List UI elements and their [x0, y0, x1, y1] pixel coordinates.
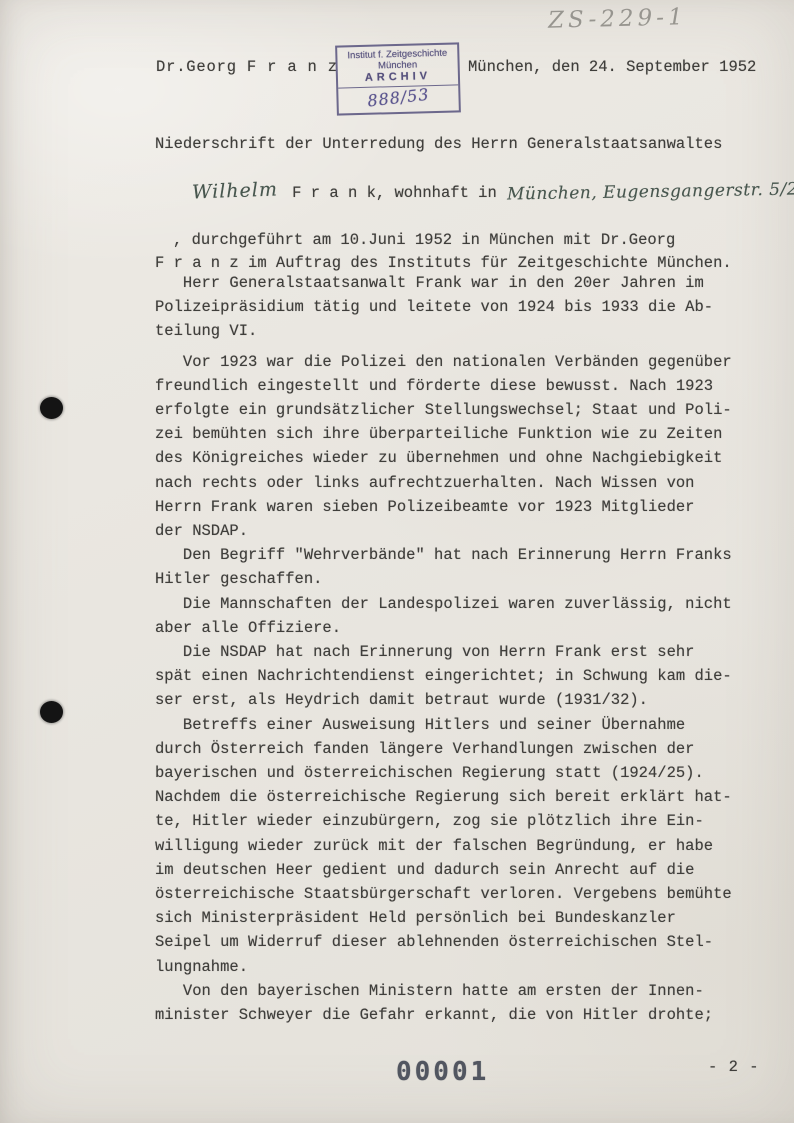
body-line: österreichische Staatsbürgerschaft verlo… [155, 882, 755, 906]
body-line: teilung VI. [155, 319, 755, 343]
paragraph: Die NSDAP hat nach Erinnerung von Herrn … [155, 640, 755, 713]
paragraph: Den Begriff "Wehrverbände" hat nach Erin… [155, 543, 755, 591]
paragraph: Von den bayerischen Ministern hatte am e… [155, 979, 755, 1027]
dateline: München, den 24. September 1952 [468, 55, 756, 79]
body-line: im deutschen Heer gedient und dadurch se… [155, 858, 755, 882]
body-line: zei bemühten sich ihre überparteiliche F… [155, 422, 755, 446]
body-line: spät einen Nachrichtendienst eingerichte… [155, 664, 755, 688]
title-block: Niederschrift der Unterredung des Herrn … [155, 133, 794, 275]
archive-number-handwritten: ZS-229-1 [548, 4, 687, 34]
body-line: nach rechts oder links aufrechtzuerhalte… [155, 471, 755, 495]
body-line: Betreffs einer Ausweisung Hitlers und se… [155, 713, 755, 737]
body-line: te, Hitler wieder einzubürgern, zog sie … [155, 809, 755, 833]
body-line: freundlich eingestellt und förderte dies… [155, 374, 755, 398]
title-line-1: Niederschrift der Unterredung des Herrn … [155, 133, 794, 156]
body-line: Die Mannschaften der Landespolizei waren… [155, 592, 755, 616]
body-line: lungnahme. [155, 955, 755, 979]
body-line: sich Ministerpräsident Held persönlich b… [155, 906, 755, 930]
paragraph: Die Mannschaften der Landespolizei waren… [155, 592, 755, 640]
title-line-3: , durchgeführt am 10.Juni 1952 in Münche… [155, 229, 794, 252]
body-line: Die NSDAP hat nach Erinnerung von Herrn … [155, 640, 755, 664]
page-number: - 2 - [708, 1058, 760, 1076]
body-line: Hitler geschaffen. [155, 567, 755, 591]
document-body: Herr Generalstaatsanwalt Frank war in de… [155, 271, 755, 1027]
body-line: willigung wieder zurück mit der falschen… [155, 834, 755, 858]
body-line: minister Schweyer die Gefahr erkannt, di… [155, 1003, 755, 1027]
body-line: aber alle Offiziere. [155, 616, 755, 640]
body-line: Von den bayerischen Ministern hatte am e… [155, 979, 755, 1003]
body-line: Nachdem die österreichische Regierung si… [155, 785, 755, 809]
body-line: Den Begriff "Wehrverbände" hat nach Erin… [155, 543, 755, 567]
punch-hole-bottom [40, 701, 63, 723]
body-line: der NSDAP. [155, 519, 755, 543]
handwritten-first-name: Wilhelm [192, 178, 279, 204]
body-line: Herrn Frank waren sieben Polizeibeamte v… [155, 495, 755, 519]
body-line: ser erst, als Heydrich damit betraut wur… [155, 688, 755, 712]
body-line: Polizeipräsidium tätig und leitete von 1… [155, 295, 755, 319]
scanned-document-page: { "page": { "archive_number": "ZS-229-1"… [0, 0, 794, 1123]
title-line-2: WilhelmF r a n k, wohnhaft inMünchen, Eu… [155, 156, 794, 228]
handwritten-address: München, Eugensgangerstr. 5/2 [507, 178, 794, 206]
title-line-2-typed: F r a n k, wohnhaft in [292, 184, 497, 202]
body-line: bayerischen und österreichischen Regieru… [155, 761, 755, 785]
author-name: Dr.Georg F r a n z [156, 55, 338, 79]
archive-stamp: Institut f. Zeitgeschichte München ARCHI… [335, 42, 461, 115]
paragraph: Herr Generalstaatsanwalt Frank war in de… [155, 271, 755, 344]
body-line: durch Österreich fanden längere Verhandl… [155, 737, 755, 761]
punch-hole-top [40, 397, 63, 419]
body-line: erfolgte ein grundsätzlicher Stellungswe… [155, 398, 755, 422]
paragraph: Vor 1923 war die Polizei den nationalen … [155, 350, 755, 544]
body-line: Vor 1923 war die Polizei den nationalen … [155, 350, 755, 374]
numbering-stamp: 00001 [396, 1057, 489, 1087]
paragraph: Betreffs einer Ausweisung Hitlers und se… [155, 713, 755, 979]
body-line: Herr Generalstaatsanwalt Frank war in de… [155, 271, 755, 295]
body-line: Seipel um Widerruf dieser ablehnenden ös… [155, 930, 755, 954]
body-line: des Königreiches wieder zu übernehmen un… [155, 446, 755, 470]
